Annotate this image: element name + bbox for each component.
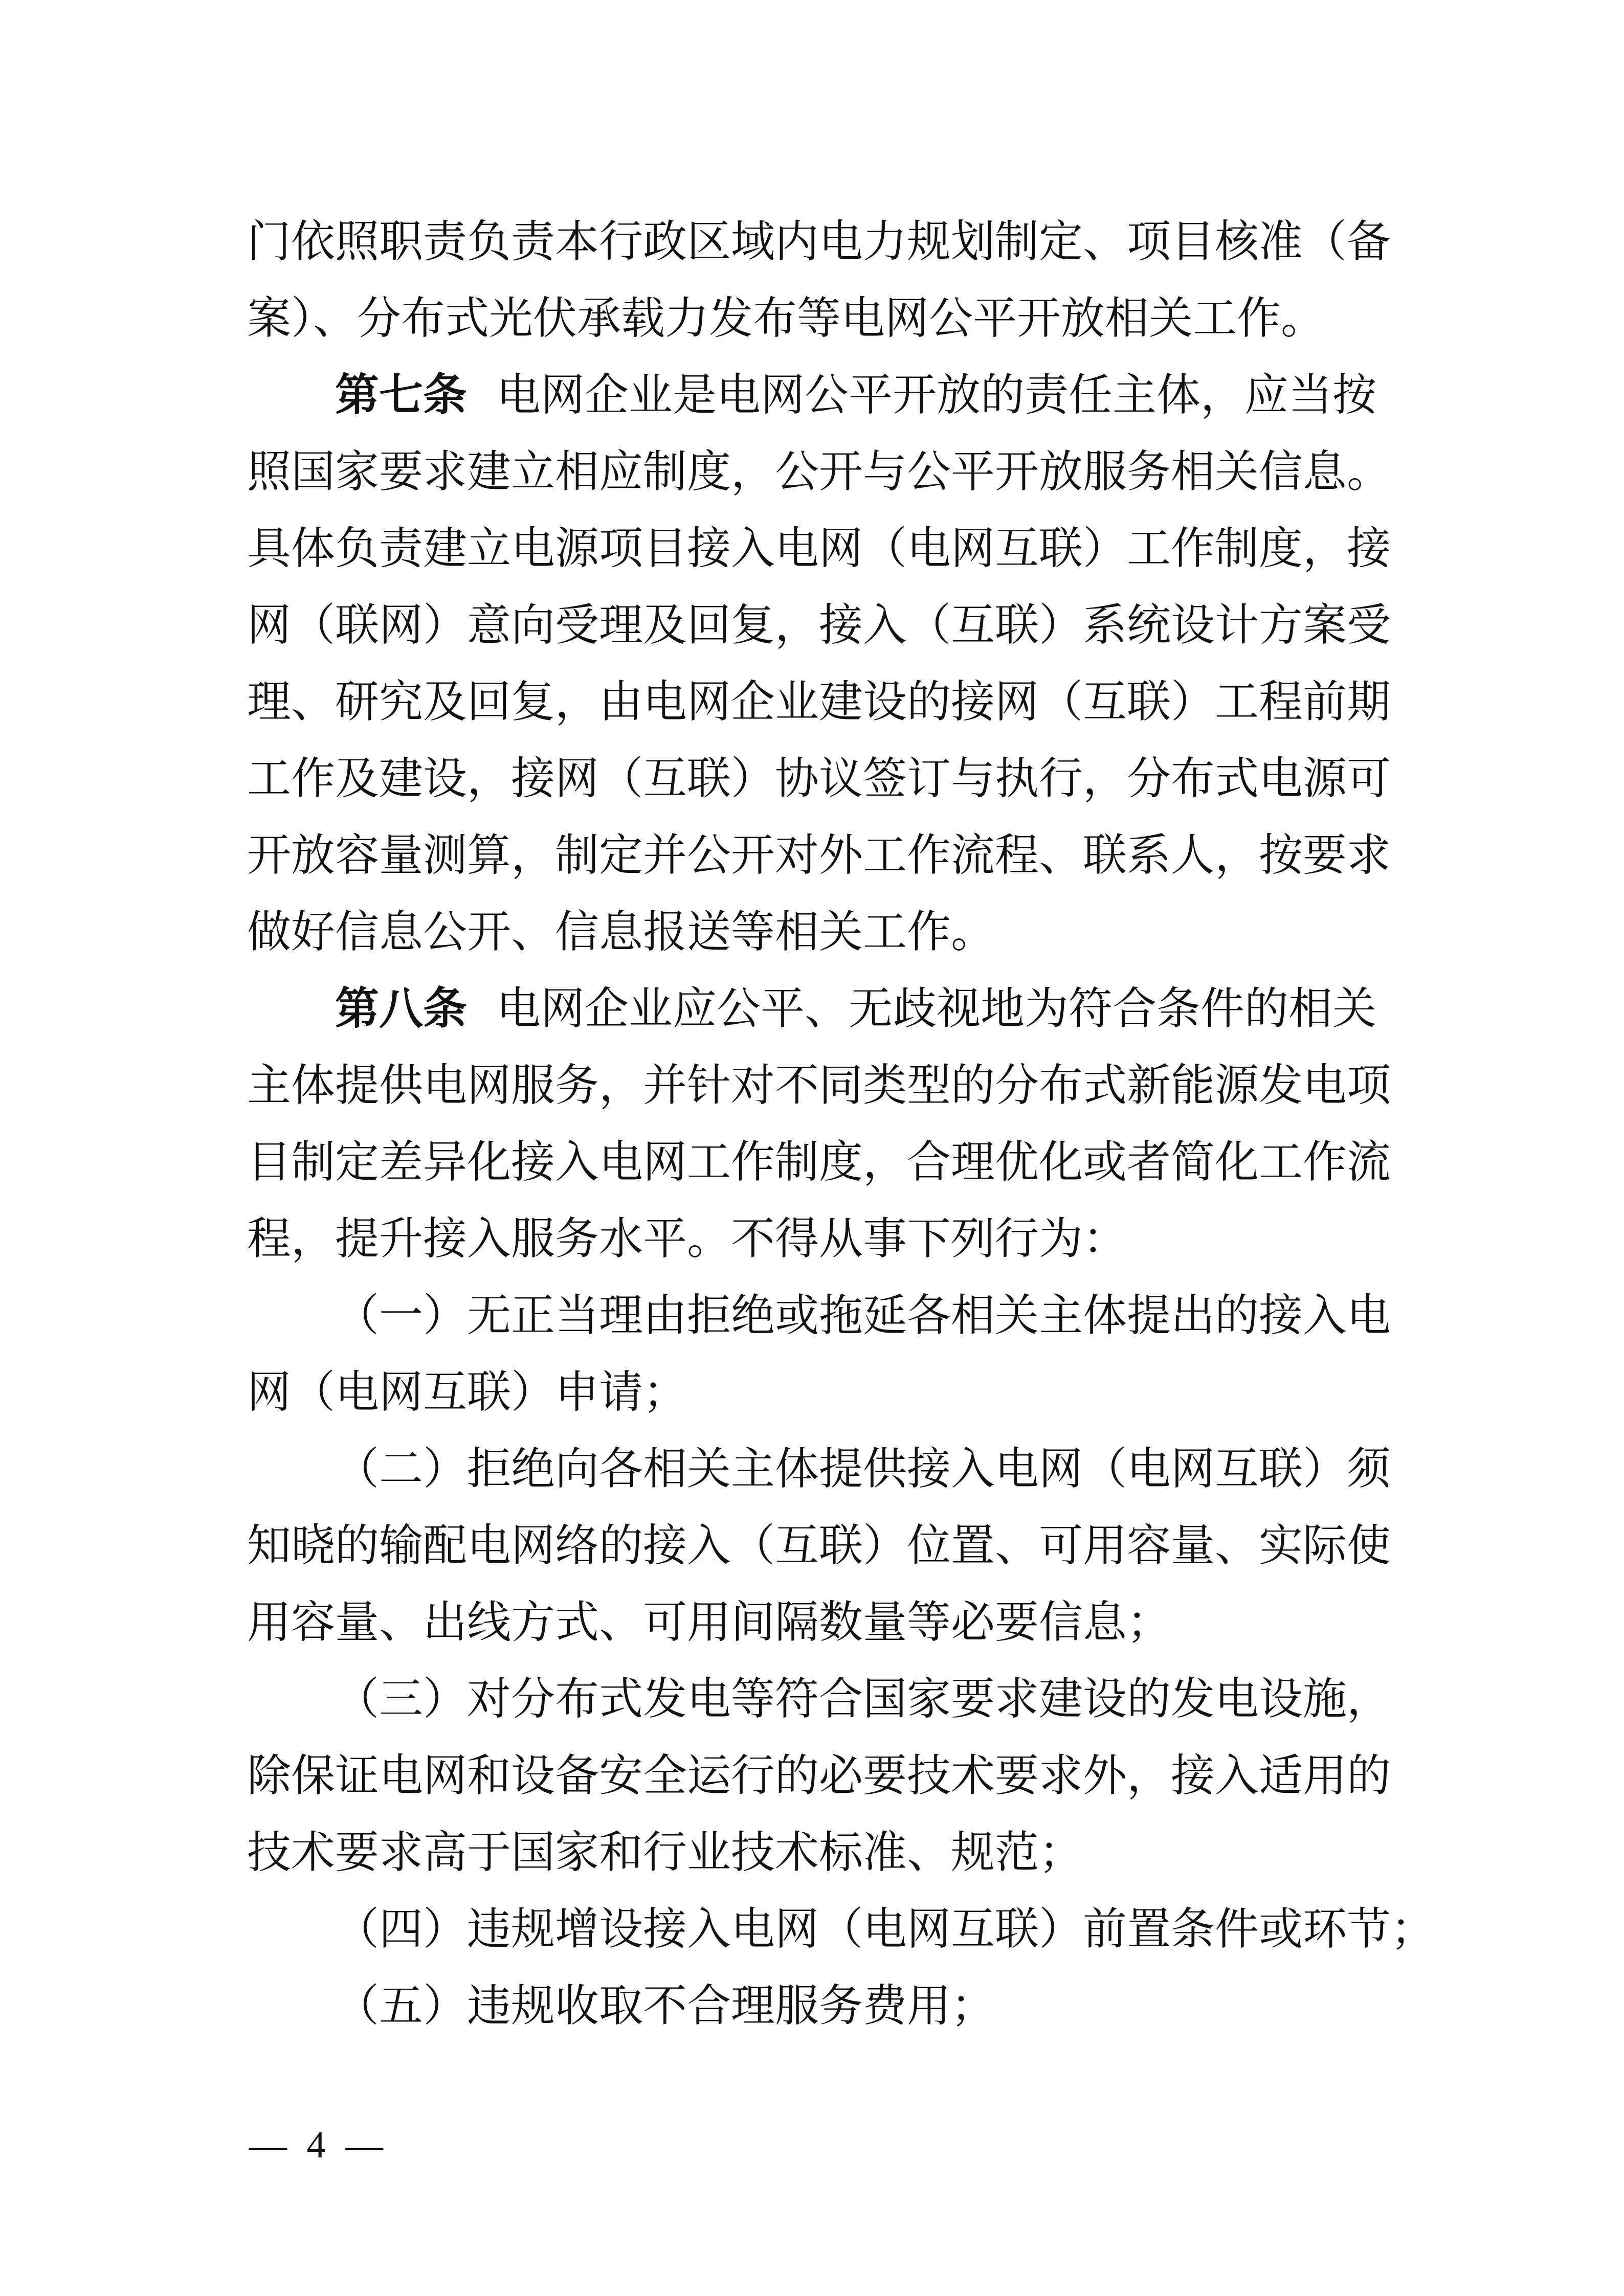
document-body: 门依照职责负责本行政区域内电力规划制定、项目核准（备 案）、分布式光伏承载力发布… <box>247 204 1390 2044</box>
line-text: 做好信息公开、信息报送等相关工作。 <box>247 908 995 957</box>
text-line: 照国家要求建立相应制度，公开与公平开放服务相关信息。 <box>247 434 1390 510</box>
line-text: 理、研究及回复，由电网企业建设的接网（互联）工程前期 <box>247 678 1391 727</box>
line-text: （二）拒绝向各相关主体提供接入电网（电网互联）须 <box>335 1445 1391 1494</box>
text-line: 做好信息公开、信息报送等相关工作。 <box>247 894 1390 971</box>
line-text: 目制定差异化接入电网工作制度，合理优化或者简化工作流 <box>247 1138 1391 1187</box>
line-text: 照国家要求建立相应制度，公开与公平开放服务相关信息。 <box>247 447 1391 497</box>
line-text: 程，提升接入服务水平。不得从事下列行为： <box>247 1214 1127 1264</box>
text-line: 网（电网互联）申请； <box>247 1354 1390 1431</box>
list-item-line: （二）拒绝向各相关主体提供接入电网（电网互联）须 <box>247 1431 1390 1507</box>
text-line: 理、研究及回复，由电网企业建设的接网（互联）工程前期 <box>247 664 1390 740</box>
line-text: （四）违规增设接入电网（电网互联）前置条件或环节； <box>335 1905 1435 1954</box>
line-text: 除保证电网和设备安全运行的必要技术要求外，接入适用的 <box>247 1751 1391 1800</box>
line-text: 具体负责建立电源项目接入电网（电网互联）工作制度，接 <box>247 524 1391 573</box>
line-text: 技术要求高于国家和行业技术标准、规范； <box>247 1828 1083 1877</box>
line-text: 网（联网）意向受理及回复，接入（互联）系统设计方案受 <box>247 601 1391 650</box>
line-text: 工作及建设，接网（互联）协议签订与执行，分布式电源可 <box>247 754 1391 803</box>
line-text: 知晓的输配电网络的接入（互联）位置、可用容量、实际使 <box>247 1521 1391 1570</box>
text-line: 具体负责建立电源项目接入电网（电网互联）工作制度，接 <box>247 510 1390 587</box>
text-line: 用容量、出线方式、可用间隔数量等必要信息； <box>247 1584 1390 1661</box>
document-page: 门依照职责负责本行政区域内电力规划制定、项目核准（备 案）、分布式光伏承载力发布… <box>0 0 1624 2296</box>
text-line: 知晓的输配电网络的接入（互联）位置、可用容量、实际使 <box>247 1507 1390 1584</box>
list-item-line: （五）违规收取不合理服务费用； <box>247 1968 1390 2044</box>
article-number: 第七条 <box>335 371 467 420</box>
line-text: （三）对分布式发电等符合国家要求建设的发电设施， <box>335 1675 1391 1724</box>
text-line: 工作及建设，接网（互联）协议签订与执行，分布式电源可 <box>247 740 1390 817</box>
line-text: （一）无正当理由拒绝或拖延各相关主体提出的接入电 <box>335 1291 1391 1340</box>
text-line: 网（联网）意向受理及回复，接入（互联）系统设计方案受 <box>247 587 1390 664</box>
line-text: 用容量、出线方式、可用间隔数量等必要信息； <box>247 1598 1171 1647</box>
text-line: 程，提升接入服务水平。不得从事下列行为： <box>247 1201 1390 1277</box>
line-text: （五）违规收取不合理服务费用； <box>335 1982 995 2031</box>
text-line: 开放容量测算，制定并公开对外工作流程、联系人，按要求 <box>247 817 1390 894</box>
article-heading-line: 第八条电网企业应公平、无歧视地为符合条件的相关 <box>247 971 1390 1047</box>
text-line: 门依照职责负责本行政区域内电力规划制定、项目核准（备 <box>247 204 1390 280</box>
line-text: 案）、分布式光伏承载力发布等电网公平开放相关工作。 <box>247 294 1325 343</box>
text-line: 案）、分布式光伏承载力发布等电网公平开放相关工作。 <box>247 280 1390 357</box>
article-number: 第八条 <box>335 984 467 1033</box>
line-text: 电网企业是电网公平开放的责任主体，应当按 <box>497 371 1376 420</box>
line-text: 开放容量测算，制定并公开对外工作流程、联系人，按要求 <box>247 831 1391 880</box>
list-item-line: （三）对分布式发电等符合国家要求建设的发电设施， <box>247 1661 1390 1738</box>
text-line: 技术要求高于国家和行业技术标准、规范； <box>247 1814 1390 1891</box>
text-line: 除保证电网和设备安全运行的必要技术要求外，接入适用的 <box>247 1738 1390 1814</box>
page-number-label: — 4 — <box>249 2122 388 2168</box>
line-text: 主体提供电网服务，并针对不同类型的分布式新能源发电项 <box>247 1061 1391 1110</box>
line-text: 电网企业应公平、无歧视地为符合条件的相关 <box>497 984 1376 1033</box>
list-item-line: （四）违规增设接入电网（电网互联）前置条件或环节； <box>247 1891 1390 1968</box>
line-text: 网（电网互联）申请； <box>247 1368 687 1417</box>
text-line: 目制定差异化接入电网工作制度，合理优化或者简化工作流 <box>247 1124 1390 1201</box>
line-text: 门依照职责负责本行政区域内电力规划制定、项目核准（备 <box>247 217 1391 266</box>
article-heading-line: 第七条电网企业是电网公平开放的责任主体，应当按 <box>247 357 1390 434</box>
text-line: 主体提供电网服务，并针对不同类型的分布式新能源发电项 <box>247 1047 1390 1124</box>
list-item-line: （一）无正当理由拒绝或拖延各相关主体提出的接入电 <box>247 1277 1390 1354</box>
